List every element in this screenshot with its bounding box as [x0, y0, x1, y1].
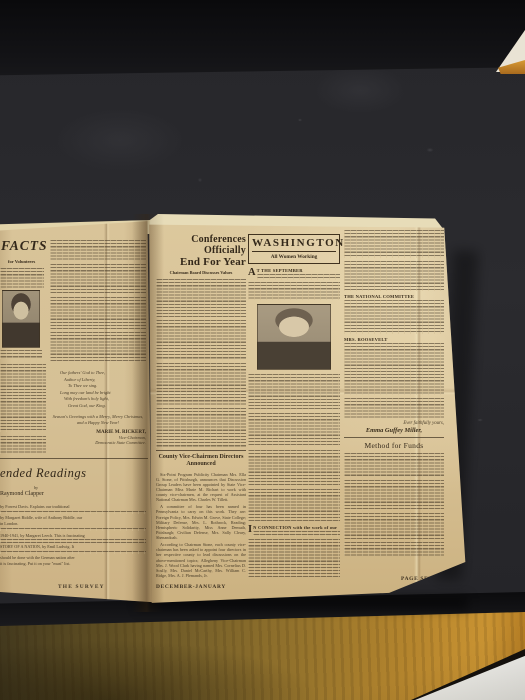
- body-text-block: [344, 398, 444, 418]
- center-fold-shadow: [132, 214, 164, 612]
- body-text-block: [156, 279, 246, 317]
- body-text-line: [0, 511, 146, 514]
- body-text-line: [0, 539, 146, 542]
- photo-caption-text: [0, 350, 42, 359]
- article-subtitle: Chairman Board Discusses Values: [156, 270, 246, 275]
- left-column-text: [0, 436, 46, 454]
- drop-cap: A: [248, 268, 256, 277]
- letter-closing: Ever faithfully yours,: [344, 421, 444, 426]
- emma-guffey-miller-signature: Emma Guffey Miller,: [344, 427, 444, 434]
- body-text-block: [156, 408, 246, 448]
- body-text-line: [0, 551, 146, 554]
- county-paragraph-1: Six-Point Program Publicity Chairman Mrs…: [156, 472, 246, 503]
- photo-of-vintage-newspaper: FACTS for Volunteers Our fathers' God to…: [0, 0, 525, 700]
- facts-heading: FACTS: [1, 238, 48, 254]
- left-column-text: [0, 364, 46, 432]
- body-text-block: [248, 489, 340, 521]
- county-section-heading: County Vice-Chairmen Directors Announced: [156, 450, 246, 469]
- method-for-funds-heading: Method for Funds: [344, 437, 444, 450]
- body-text-block: [344, 542, 444, 556]
- body-text-block: [344, 230, 444, 258]
- article-headline-line2: End For Year: [156, 256, 246, 268]
- lead-in-text: MRS. ROOSEVELT: [344, 337, 444, 342]
- body-text-block: [156, 320, 246, 360]
- newspaper-left-page: FACTS for Volunteers Our fathers' God to…: [0, 218, 152, 610]
- readings-list: by Forrest Davis. Explains our tradition…: [0, 504, 146, 567]
- column-1: Conferences Officially End For Year Chai…: [156, 234, 246, 578]
- column-3: THE NATIONAL COMMITTEE MRS. ROOSEVELT Ev…: [344, 230, 444, 556]
- facts-subtitle: for Volunteers: [8, 259, 35, 264]
- newspaper-right-page: Conferences Officially End For Year Chai…: [146, 220, 466, 606]
- black-slab-top: [0, 0, 525, 80]
- washington-header-box: WASHINGTON All Women Working: [248, 234, 340, 264]
- body-text-block: [344, 300, 444, 334]
- lead-in-text: T THE SEPTEMBER: [257, 268, 340, 273]
- body-text-block: [248, 539, 340, 577]
- body-text-block: [344, 261, 444, 291]
- body-text-block: [248, 450, 340, 486]
- body-text-block: [248, 282, 340, 300]
- county-paragraph-2: A committee of four has been named in Pe…: [156, 504, 246, 540]
- washington-portrait-photo: [257, 304, 331, 370]
- drop-cap: I: [248, 525, 252, 534]
- left-page-footer: THE SURVEY: [58, 584, 105, 590]
- column-2: WASHINGTON All Women Working A T THE SEP…: [248, 234, 340, 577]
- connection-lead-paragraph: I N CONNECTION with the work of our: [248, 525, 340, 537]
- body-text-block: [344, 453, 444, 477]
- reading-item: it is fascinating. Put it on your "must"…: [0, 561, 146, 567]
- lead-in-text: THE NATIONAL COMMITTEE: [344, 294, 444, 299]
- lead-in-text: N CONNECTION with the work of our: [253, 525, 340, 530]
- body-text-block: [248, 374, 340, 410]
- left-column-text: [0, 268, 44, 288]
- body-text-block: [156, 363, 246, 405]
- article-headline-line1: Conferences Officially: [156, 234, 246, 256]
- body-text-block: [344, 343, 444, 395]
- body-text-block: [344, 513, 444, 539]
- readings-author: Raymond Clapper: [0, 491, 44, 497]
- body-text-block: [344, 480, 444, 510]
- body-text-line: [253, 531, 340, 537]
- reading-item: 1940-1941, by Margaret Leech. This is fa…: [0, 533, 146, 539]
- county-paragraph-3: According to Chairman Stone, each county…: [156, 542, 246, 578]
- body-text-line: [0, 528, 146, 531]
- recommended-readings-heading: ended Readings: [0, 466, 112, 481]
- left-portrait-photo: [2, 290, 40, 348]
- body-text-block: [248, 413, 340, 447]
- reading-item: in London.: [0, 521, 146, 527]
- section-rule: [0, 458, 148, 459]
- washington-title: WASHINGTON: [252, 237, 336, 252]
- readings-by: by: [34, 485, 38, 490]
- reading-item: by Forrest Davis. Explains our tradition…: [0, 504, 146, 510]
- issue-footer: DECEMBER-JANUARY: [156, 584, 226, 590]
- body-text-line: [257, 274, 340, 280]
- reading-item: STORY OF A NATION, by Emil Ludwig. It: [0, 544, 146, 550]
- washington-subtitle: All Women Working: [252, 254, 336, 260]
- washington-lead-paragraph: A T THE SEPTEMBER: [248, 268, 340, 280]
